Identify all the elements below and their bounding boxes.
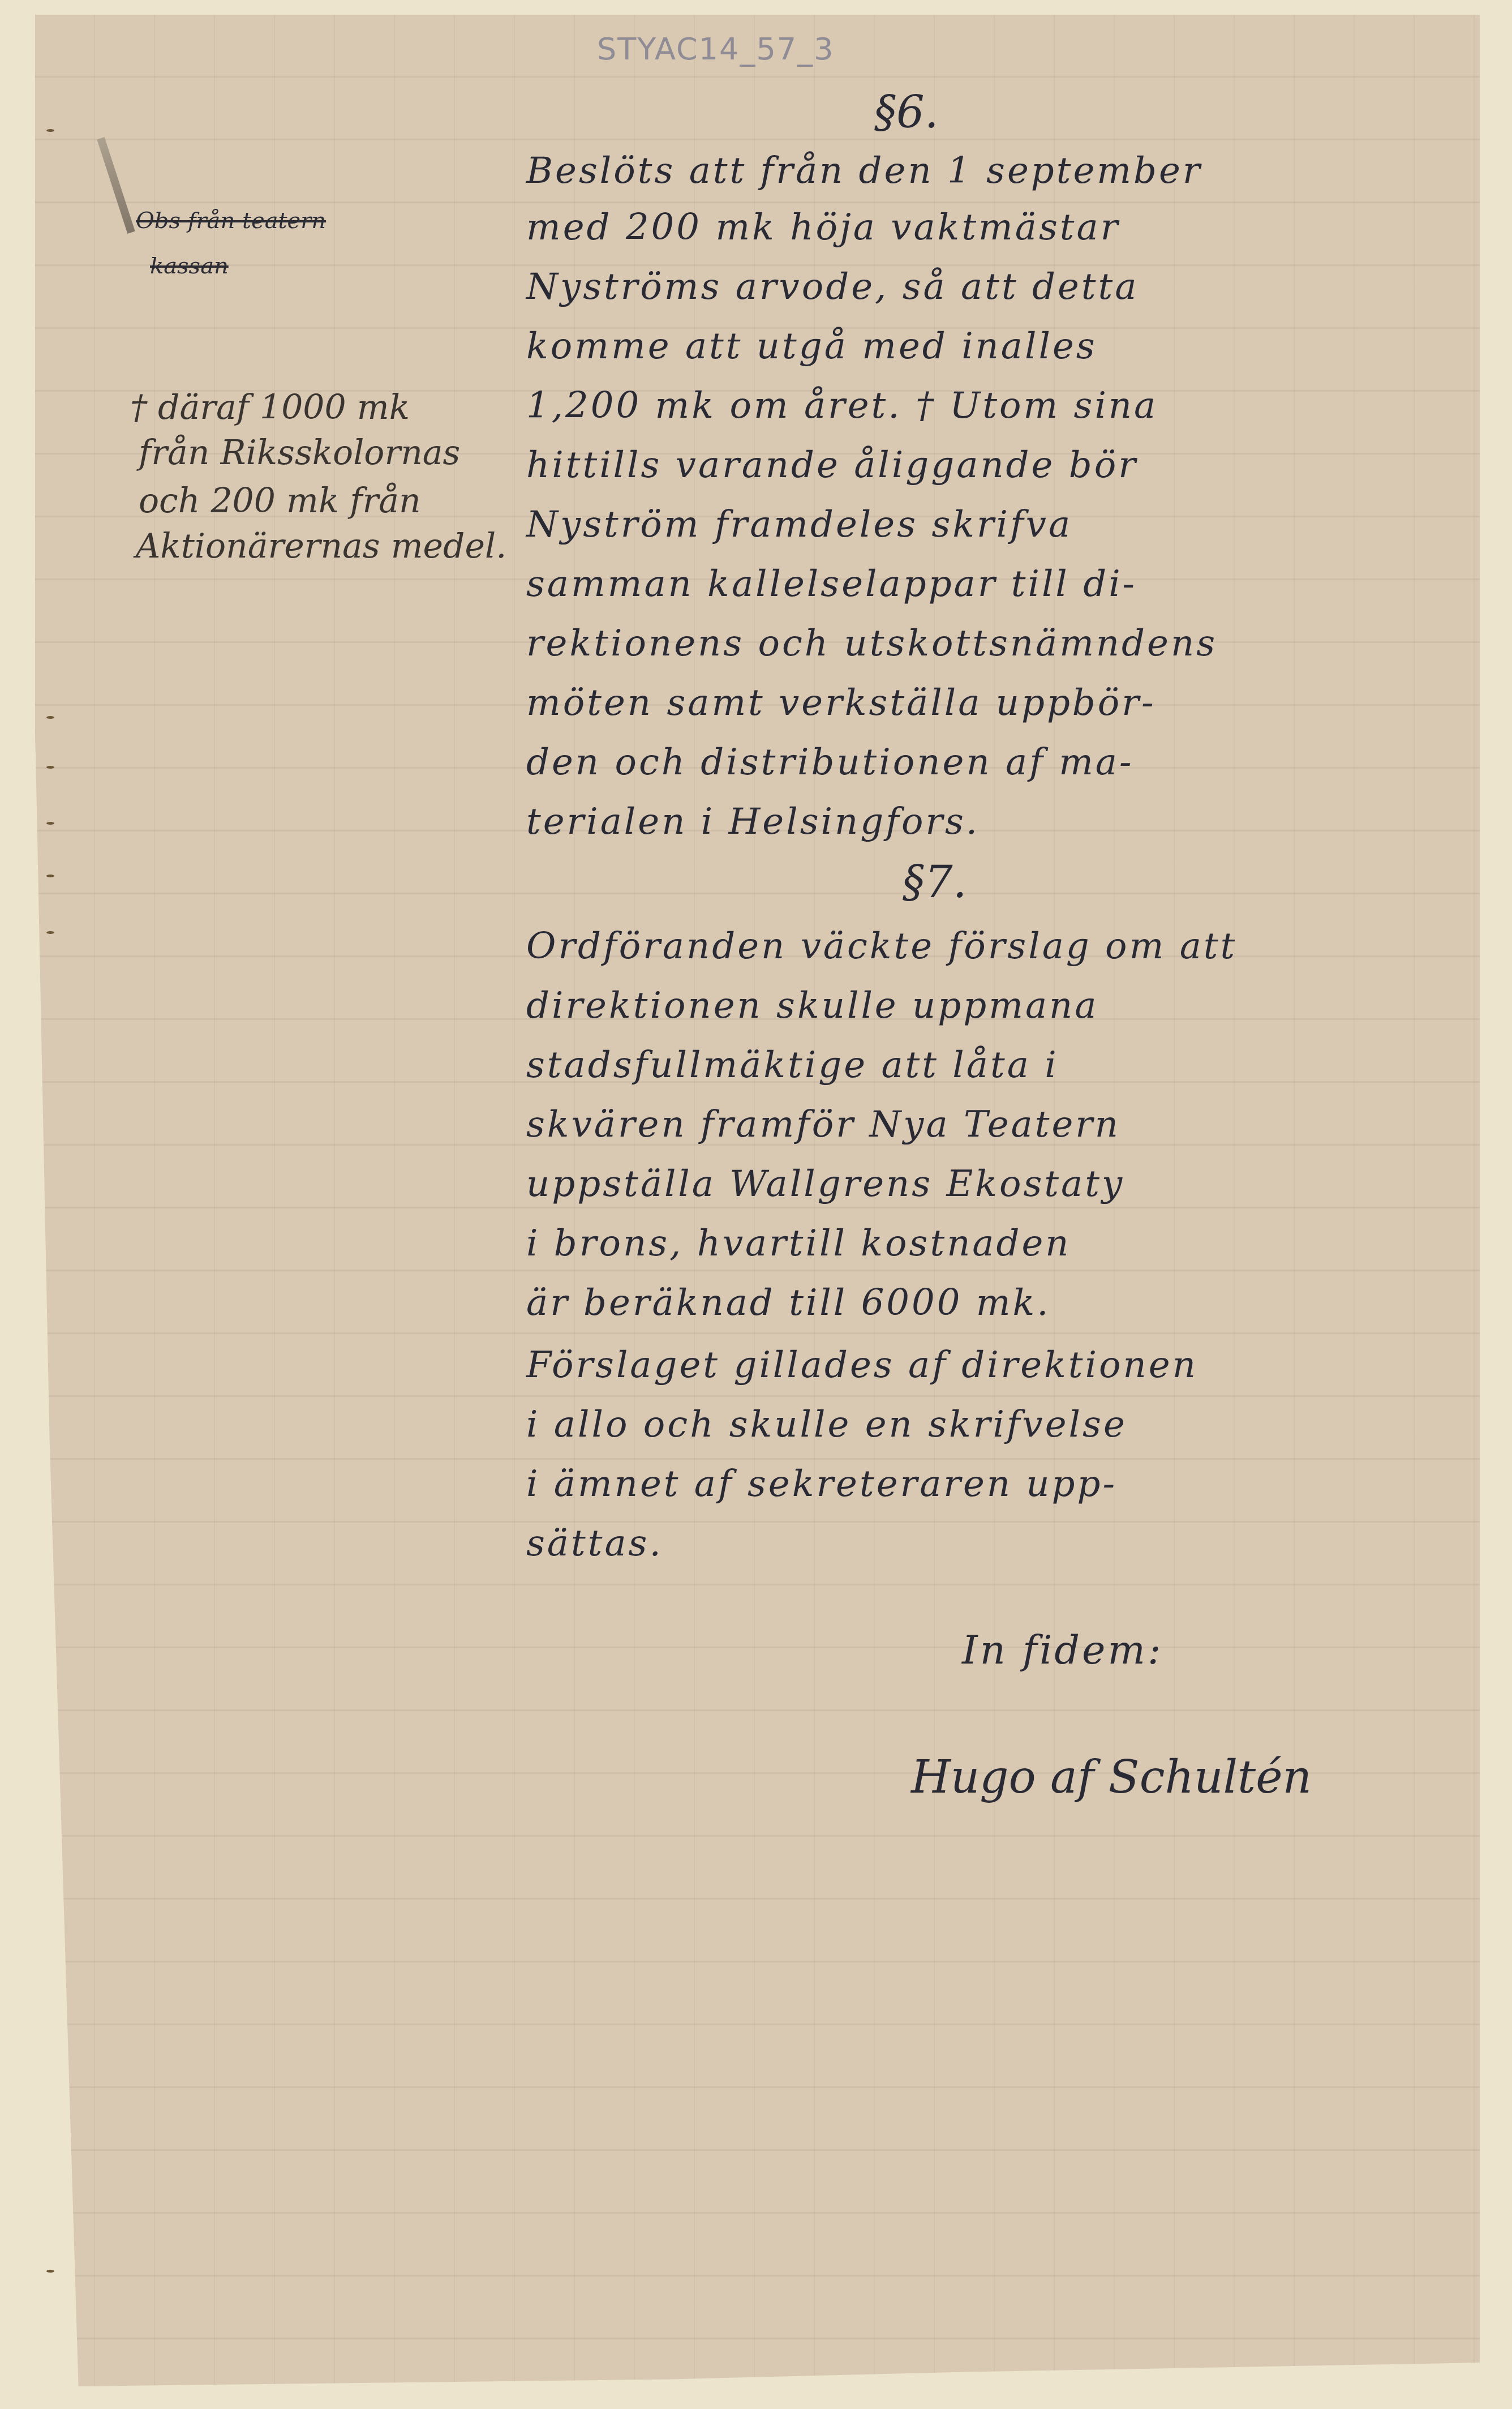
text-line: samman kallelselappar till di- (526, 566, 1137, 602)
section-heading-6: §6. (874, 91, 938, 135)
archive-id-label: STYAC14_57_3 (597, 31, 835, 67)
binding-hole (46, 716, 54, 719)
binding-hole (46, 129, 54, 132)
text-line: 1,200 mk om året. † Utom sina (526, 388, 1158, 424)
text-line: hittills varande åliggande bör (526, 447, 1138, 483)
binding-hole (46, 822, 54, 825)
margin-footnote-line: från Riksskolornas (139, 436, 460, 470)
text-line: är beräknad till 6000 mk. (526, 1285, 1051, 1321)
text-line: direktionen skulle uppmana (526, 988, 1098, 1024)
text-line: den och distributionen af ma- (526, 744, 1134, 781)
text-line: rektionens och utskottsnämndens (526, 625, 1217, 662)
text-line: Förslaget gillades af direktionen (526, 1347, 1198, 1383)
binding-hole (46, 766, 54, 769)
margin-footnote-line: Aktionärernas medel. (136, 529, 506, 563)
margin-footnote-line: och 200 mk från (139, 484, 421, 518)
margin-footnote-line: † däraf 1000 mk (130, 391, 410, 425)
text-line: sättas. (526, 1525, 663, 1562)
text-line: i allo och skulle en skrifvelse (526, 1407, 1127, 1443)
struck-margin-note-line: Obs från teatern (136, 209, 326, 232)
text-line: Nyström framdeles skrifva (526, 507, 1072, 543)
text-line: stadsfullmäktige att låta i (526, 1047, 1059, 1083)
struck-margin-note-line: kassan (150, 255, 229, 277)
attestation-text: In fidem: (962, 1630, 1163, 1670)
text-line: komme att utgå med inalles (526, 328, 1097, 365)
binding-hole (46, 2270, 54, 2273)
binding-hole (46, 875, 54, 877)
text-line: terialen i Helsingfors. (526, 804, 980, 840)
text-line: Beslöts att från den 1 september (526, 153, 1202, 189)
text-line: i brons, hvartill kostnaden (526, 1225, 1071, 1262)
binding-hole (46, 931, 54, 934)
text-line: i ämnet af sekreteraren upp- (526, 1466, 1117, 1502)
signature: Hugo af Schultén (911, 1755, 1312, 1800)
section-heading-7: §7. (903, 860, 967, 905)
text-line: med 200 mk höja vaktmästar (526, 209, 1120, 246)
text-line: Nyströms arvode, så att detta (526, 269, 1139, 305)
text-line: Ordföranden väckte förslag om att (526, 928, 1237, 965)
text-line: uppställa Wallgrens Ekostaty (526, 1166, 1124, 1202)
text-line: skvären framför Nya Teatern (526, 1107, 1120, 1143)
text-line: möten samt verkställa uppbör- (526, 685, 1156, 721)
